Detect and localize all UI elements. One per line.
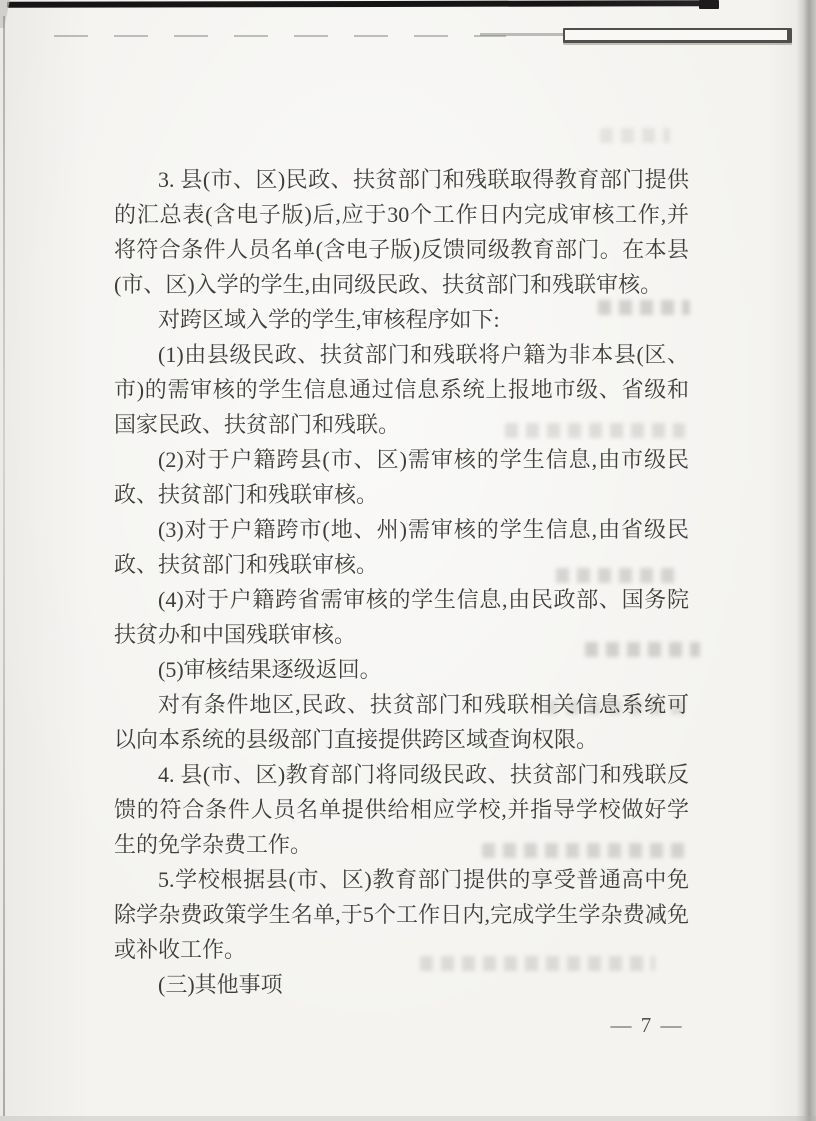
paragraph: 5.学校根据县(市、区)教育部门提供的享受普通高中免除学杂费政策学生名单,于5个…	[114, 862, 689, 967]
paragraph: (3)对于户籍跨市(地、州)需审核的学生信息,由省级民政、扶贫部门和残联审核。	[114, 512, 689, 582]
paragraph: (5)审核结果逐级返回。	[114, 652, 689, 687]
paragraph: 4. 县(市、区)教育部门将同级民政、扶贫部门和残联反馈的符合条件人员名单提供给…	[114, 757, 689, 862]
scan-artifact-paper-edge	[563, 28, 792, 43]
scan-artifact-top-bar	[7, 0, 711, 7]
document-body: 3. 县(市、区)民政、扶贫部门和残联取得教育部门提供的汇总表(含电子版)后,应…	[114, 162, 689, 1002]
page-number: — 7 —	[592, 1013, 702, 1038]
scan-artifact-top-nub	[699, 0, 719, 9]
paragraph: (1)由县级民政、扶贫部门和残联将户籍为非本县(区、市)的需审核的学生信息通过信…	[114, 337, 689, 442]
paragraph: (三)其他事项	[114, 967, 689, 1002]
paragraph: 对跨区域入学的学生,审核程序如下:	[114, 302, 689, 337]
scan-artifact-dashed-line	[28, 35, 506, 37]
paragraph: (2)对于户籍跨县(市、区)需审核的学生信息,由市级民政、扶贫部门和残联审核。	[114, 442, 689, 512]
scan-artifact-corner-mark	[0, 0, 10, 28]
scan-artifact-bottom-band	[0, 1116, 816, 1121]
scan-artifact-line-segment	[480, 33, 568, 36]
bleed-through-smudge	[600, 128, 670, 143]
paragraph: 对有条件地区,民政、扶贫部门和残联相关信息系统可以向本系统的县级部门直接提供跨区…	[114, 687, 689, 757]
scan-artifact-right-edge-shadow	[796, 0, 816, 1121]
paragraph: (4)对于户籍跨省需审核的学生信息,由民政部、国务院扶贫办和中国残联审核。	[114, 582, 689, 652]
paragraph: 3. 县(市、区)民政、扶贫部门和残联取得教育部门提供的汇总表(含电子版)后,应…	[114, 162, 689, 302]
scanned-document-page: 3. 县(市、区)民政、扶贫部门和残联取得教育部门提供的汇总表(含电子版)后,应…	[0, 0, 816, 1121]
scan-artifact-left-edge-line	[3, 16, 5, 1116]
